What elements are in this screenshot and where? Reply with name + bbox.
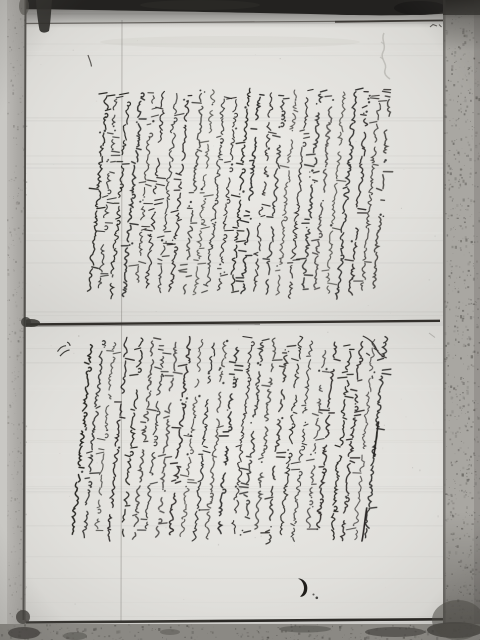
lower-folio-page xyxy=(26,325,444,621)
crescent-ink-mark xyxy=(294,575,322,603)
book-gutter-strip xyxy=(0,0,26,640)
film-bottom-band xyxy=(0,624,480,640)
upper-folio-page xyxy=(26,23,443,322)
lower-folio-text-block xyxy=(80,334,405,548)
margin-annotation xyxy=(52,341,72,359)
upper-folio-text-block xyxy=(79,86,401,302)
film-top-band xyxy=(0,0,446,16)
film-right-band xyxy=(443,0,480,640)
manuscript-scan xyxy=(0,0,480,640)
corner-ink-mark xyxy=(426,23,444,34)
pencil-annotation xyxy=(378,30,402,82)
